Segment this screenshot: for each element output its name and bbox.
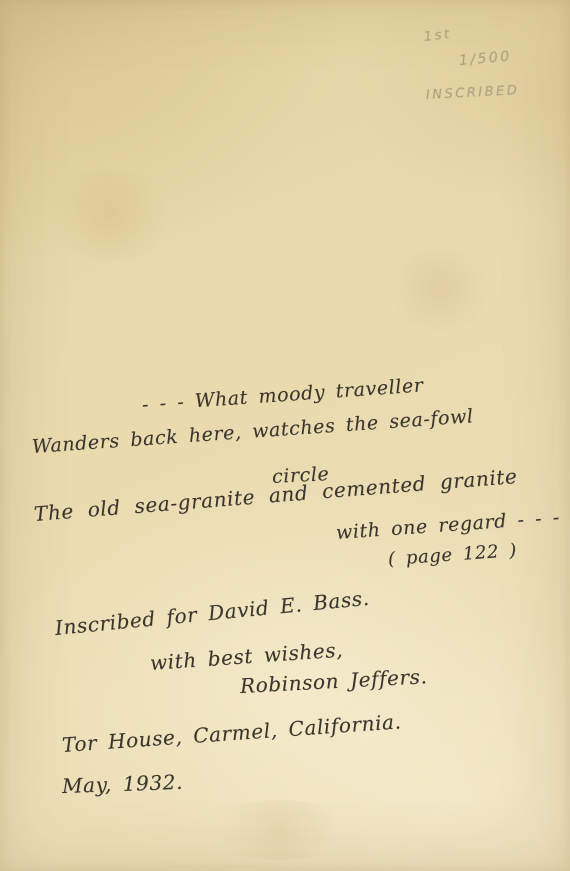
author-signature: Robinson Jeffers.	[239, 664, 428, 698]
quote-line: Wanders back here, watches the sea-fowl	[31, 405, 474, 458]
paper-stain	[380, 250, 500, 330]
book-endpaper-page: 1st 1/500 INSCRIBED - - - What moody tra…	[0, 0, 570, 871]
quote-line: - - - What moody traveller	[141, 374, 424, 416]
pencil-limitation-note: 1/500	[458, 48, 512, 69]
dedication-line: Inscribed for David E. Bass.	[54, 586, 371, 640]
pencil-inscribed-note: INSCRIBED	[426, 83, 520, 103]
paper-stain	[40, 170, 180, 260]
pencil-edition-note: 1st	[423, 27, 452, 45]
date-line: May, 1932.	[62, 770, 184, 798]
place-line: Tor House, Carmel, California.	[61, 709, 402, 757]
paper-stain	[200, 800, 360, 860]
quote-page-reference: ( page 122 )	[387, 540, 517, 570]
quote-line: with one regard - - - ?	[335, 505, 570, 544]
